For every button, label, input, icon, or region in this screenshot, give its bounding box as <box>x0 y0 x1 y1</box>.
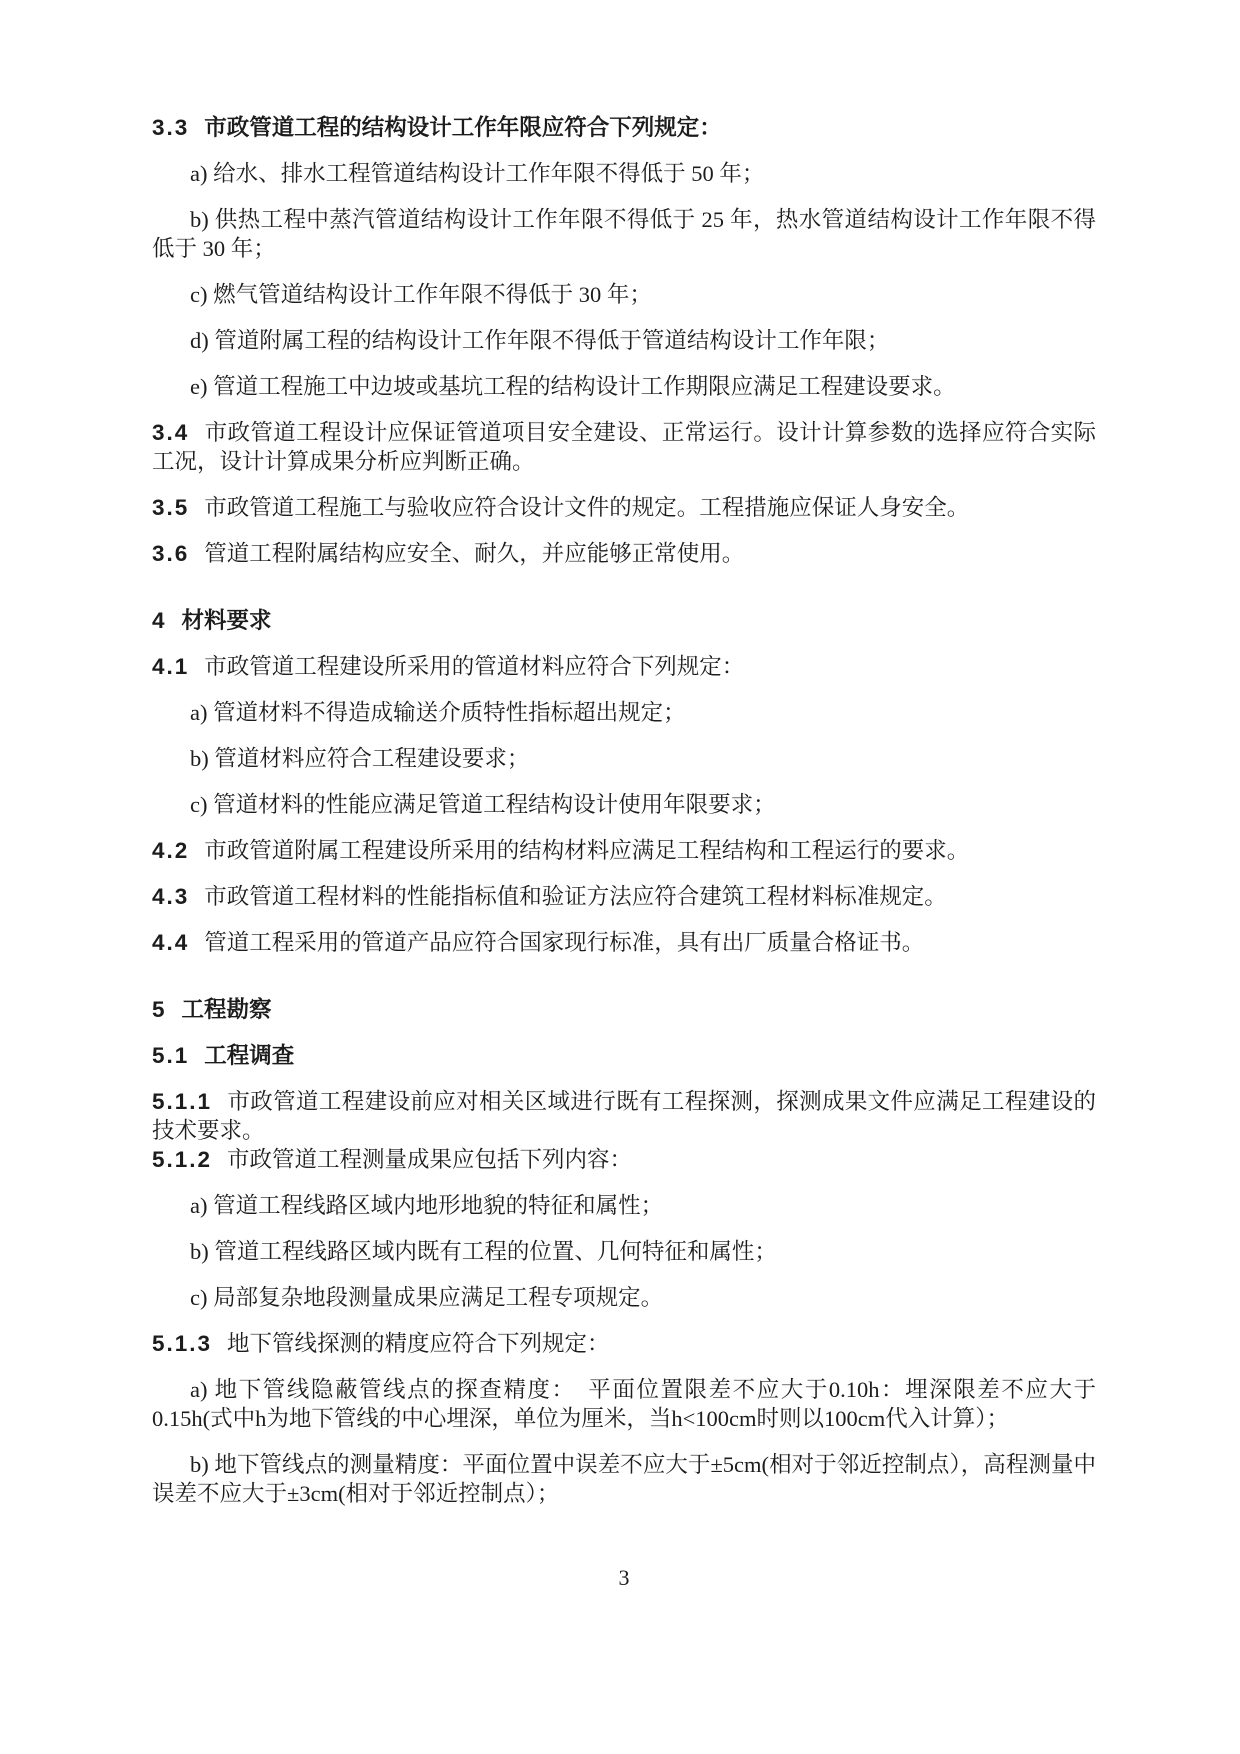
clause-text: 市政管道工程建设所采用的管道材料应符合下列规定： <box>204 654 744 679</box>
clause-text: 地下管线探测的精度应符合下列规定： <box>227 1331 610 1356</box>
clause-text: 市政管道工程测量成果应包括下列内容： <box>227 1147 632 1172</box>
clause-5-1-3: 5.1.3地下管线探测的精度应符合下列规定： <box>152 1329 1096 1358</box>
clause-4-1: 4.1市政管道工程建设所采用的管道材料应符合下列规定： <box>152 652 1096 681</box>
list-item-3-3-e: e) 管道工程施工中边坡或基坑工程的结构设计工作期限应满足工程建设要求。 <box>152 372 1096 401</box>
clause-5-1-2: 5.1.2市政管道工程测量成果应包括下列内容： <box>152 1145 1096 1174</box>
document-content: 3.3市政管道工程的结构设计工作年限应符合下列规定： a) 给水、排水工程管道结… <box>152 113 1096 1592</box>
section-number: 5 <box>152 997 167 1022</box>
clause-4-3: 4.3市政管道工程材料的性能指标值和验证方法应符合建筑工程材料标准规定。 <box>152 882 1096 911</box>
document-page: 3.3市政管道工程的结构设计工作年限应符合下列规定： a) 给水、排水工程管道结… <box>0 0 1240 1754</box>
list-item-3-3-b: b) 供热工程中蒸汽管道结构设计工作年限不得低于 25 年，热水管道结构设计工作… <box>152 205 1096 263</box>
clause-number: 4.4 <box>152 930 189 955</box>
clause-text: 市政管道工程施工与验收应符合设计文件的规定。工程措施应保证人身安全。 <box>204 495 969 520</box>
list-item-4-1-c: c) 管道材料的性能应满足管道工程结构设计使用年限要求； <box>152 790 1096 819</box>
clause-5-1-1: 5.1.1市政管道工程建设前应对相关区域进行既有工程探测，探测成果文件应满足工程… <box>152 1087 1096 1145</box>
section-title: 材料要求 <box>182 608 272 633</box>
clause-3-4: 3.4市政管道工程设计应保证管道项目安全建设、正常运行。设计计算参数的选择应符合… <box>152 418 1096 476</box>
list-item-5-1-2-a: a) 管道工程线路区域内地形地貌的特征和属性； <box>152 1191 1096 1220</box>
clause-3-5: 3.5市政管道工程施工与验收应符合设计文件的规定。工程措施应保证人身安全。 <box>152 493 1096 522</box>
subsection-heading-5-1: 5.1工程调查 <box>152 1041 1096 1070</box>
clause-heading-text: 市政管道工程的结构设计工作年限应符合下列规定： <box>204 115 722 140</box>
section-number: 4 <box>152 608 167 633</box>
list-item-3-3-a: a) 给水、排水工程管道结构设计工作年限不得低于 50 年； <box>152 159 1096 188</box>
clause-4-2: 4.2市政管道附属工程建设所采用的结构材料应满足工程结构和工程运行的要求。 <box>152 836 1096 865</box>
section-title: 工程勘察 <box>182 997 272 1022</box>
list-item-4-1-b: b) 管道材料应符合工程建设要求； <box>152 744 1096 773</box>
clause-number: 5.1.1 <box>152 1089 212 1114</box>
subsection-number: 5.1 <box>152 1043 189 1068</box>
clause-number: 3.6 <box>152 541 189 566</box>
clause-text: 管道工程附属结构应安全、耐久，并应能够正常使用。 <box>204 541 744 566</box>
clause-text: 市政管道工程材料的性能指标值和验证方法应符合建筑工程材料标准规定。 <box>204 884 947 909</box>
clause-number: 4.2 <box>152 838 189 863</box>
clause-number: 4.3 <box>152 884 189 909</box>
page-number: 3 <box>152 1563 1096 1592</box>
clause-number: 3.3 <box>152 115 189 140</box>
clause-text: 市政管道附属工程建设所采用的结构材料应满足工程结构和工程运行的要求。 <box>204 838 969 863</box>
list-item-5-1-2-b: b) 管道工程线路区域内既有工程的位置、几何特征和属性； <box>152 1237 1096 1266</box>
section-heading-5: 5工程勘察 <box>152 995 1096 1024</box>
clause-4-4: 4.4管道工程采用的管道产品应符合国家现行标准，具有出厂质量合格证书。 <box>152 928 1096 957</box>
clause-number: 4.1 <box>152 654 189 679</box>
clause-number: 3.5 <box>152 495 189 520</box>
clause-heading-3-3: 3.3市政管道工程的结构设计工作年限应符合下列规定： <box>152 113 1096 142</box>
clause-text: 市政管道工程建设前应对相关区域进行既有工程探测，探测成果文件应满足工程建设的技术… <box>152 1089 1096 1143</box>
list-item-3-3-c: c) 燃气管道结构设计工作年限不得低于 30 年； <box>152 280 1096 309</box>
list-item-4-1-a: a) 管道材料不得造成输送介质特性指标超出规定； <box>152 698 1096 727</box>
clause-3-6: 3.6管道工程附属结构应安全、耐久，并应能够正常使用。 <box>152 539 1096 568</box>
list-item-5-1-3-b: b) 地下管线点的测量精度：平面位置中误差不应大于±5cm(相对于邻近控制点），… <box>152 1450 1096 1508</box>
list-item-5-1-3-a: a) 地下管线隐蔽管线点的探查精度： 平面位置限差不应大于0.10h：埋深限差不… <box>152 1375 1096 1433</box>
list-item-3-3-d: d) 管道附属工程的结构设计工作年限不得低于管道结构设计工作年限； <box>152 326 1096 355</box>
list-item-5-1-2-c: c) 局部复杂地段测量成果应满足工程专项规定。 <box>152 1283 1096 1312</box>
clause-number: 3.4 <box>152 420 189 445</box>
clause-text: 市政管道工程设计应保证管道项目安全建设、正常运行。设计计算参数的选择应符合实际工… <box>152 420 1096 474</box>
clause-number: 5.1.2 <box>152 1147 212 1172</box>
clause-number: 5.1.3 <box>152 1331 212 1356</box>
subsection-title: 工程调查 <box>204 1043 294 1068</box>
section-heading-4: 4材料要求 <box>152 606 1096 635</box>
clause-text: 管道工程采用的管道产品应符合国家现行标准，具有出厂质量合格证书。 <box>204 930 924 955</box>
